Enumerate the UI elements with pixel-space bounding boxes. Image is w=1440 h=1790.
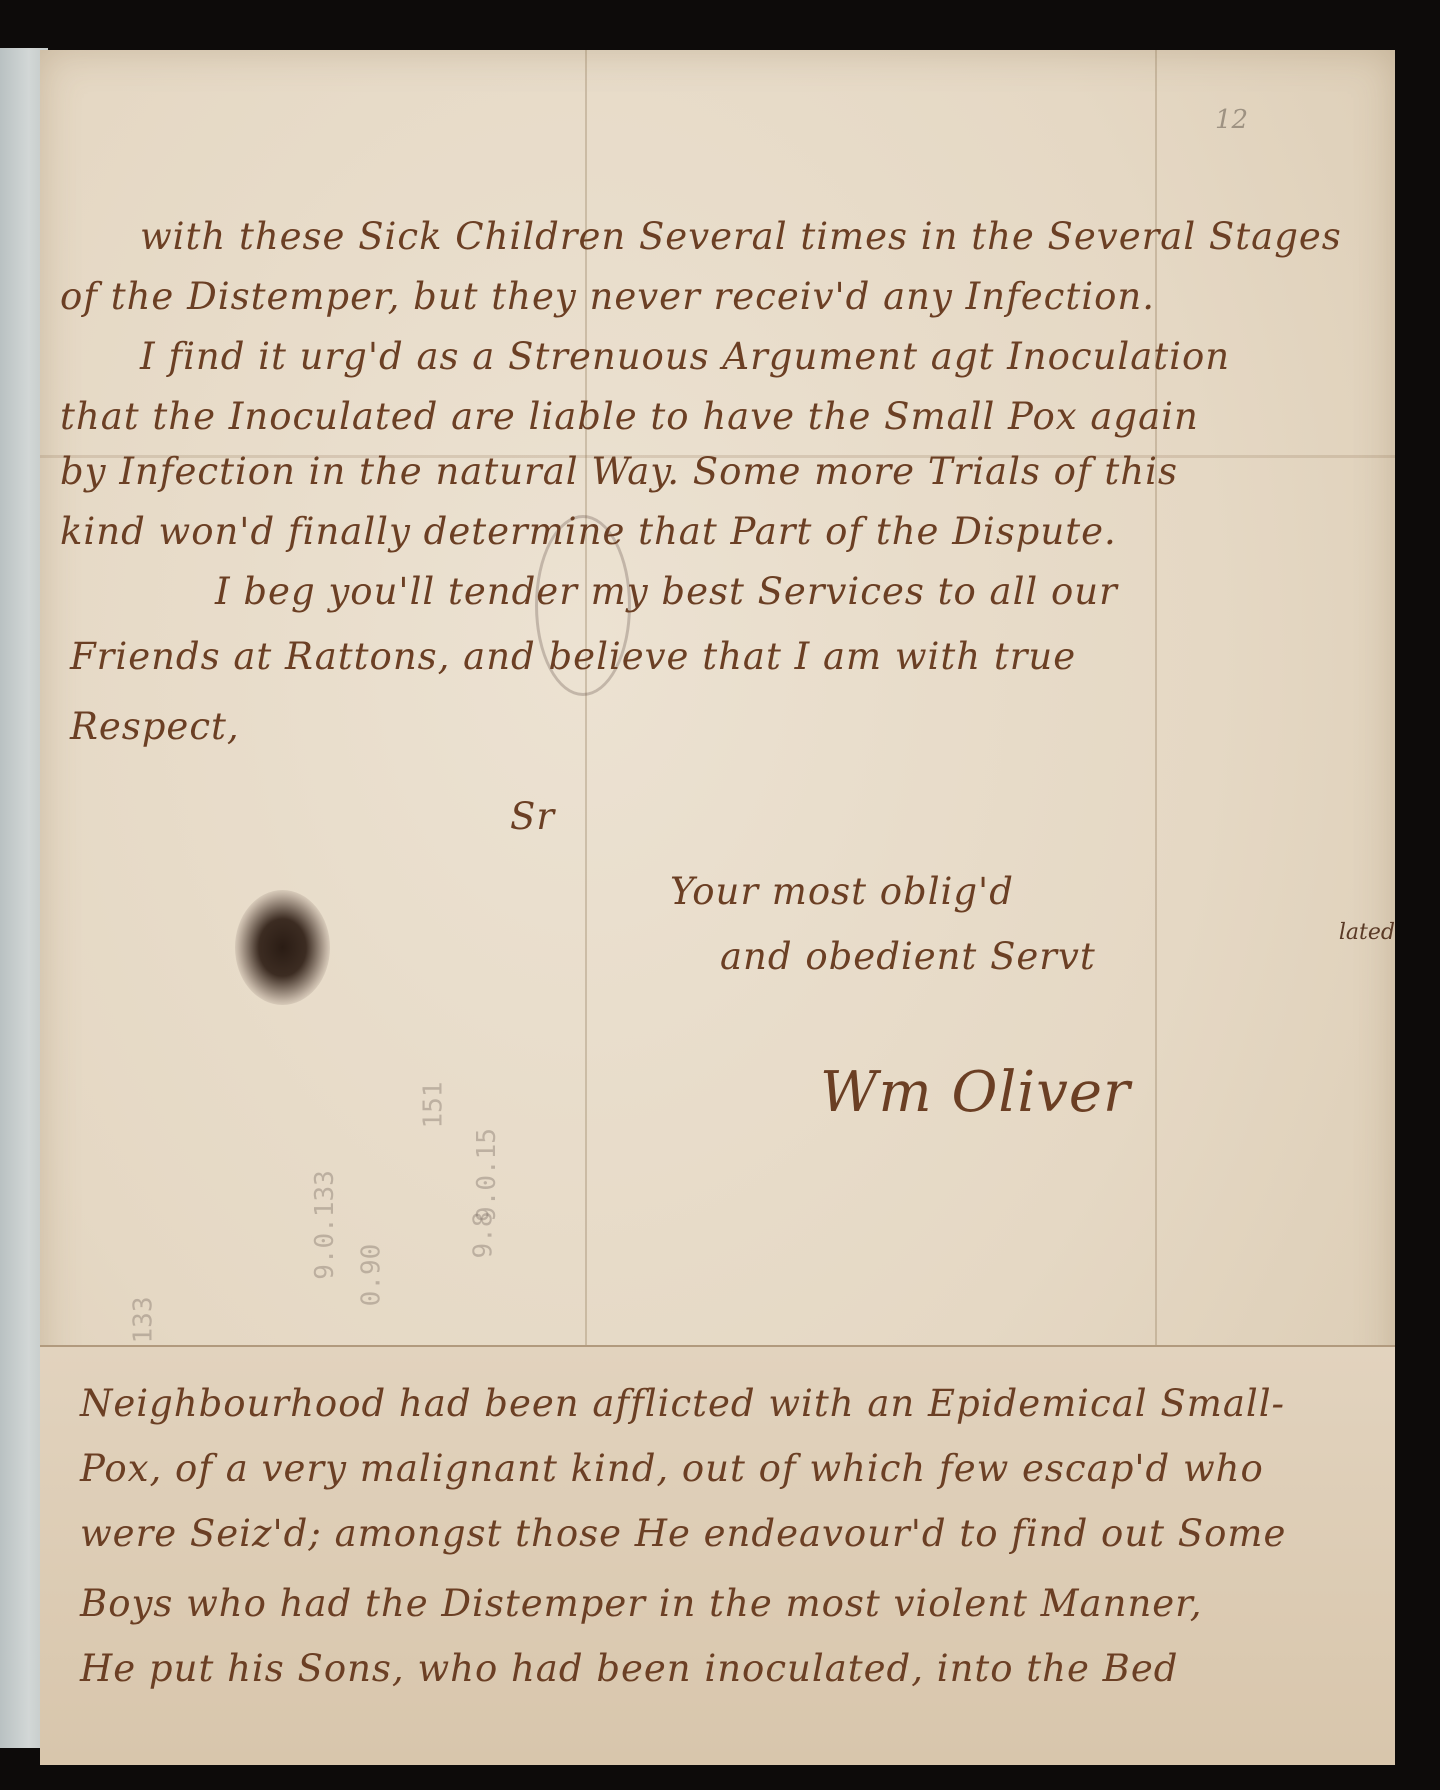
letter-line: He put his Sons, who had been inoculated… [80,1647,1178,1690]
letter-line: that the Inoculated are liable to have t… [60,395,1199,438]
lower-folded-section: Neighbourhood had been afflicted with an… [40,1345,1395,1765]
margin-fragment: lated [1339,920,1395,945]
letter-line: by Infection in the natural Way. Some mo… [60,450,1178,493]
salutation: Sr [510,795,555,838]
faint-note: 9.8 [468,1212,498,1259]
faint-note: 9.0.133 [310,1170,340,1280]
closing-line: Your most oblig'd [670,870,1014,913]
letter-line: were Seiz'd; amongst those He endeavour'… [80,1512,1286,1555]
letter-line: Boys who had the Distemper in the most v… [80,1582,1203,1625]
letter-line: Pox, of a very malignant kind, out of wh… [80,1447,1264,1490]
signature: Wm Oliver [820,1060,1131,1125]
letter-line: with these Sick Children Several times i… [140,215,1342,258]
page-number: 12 [1215,105,1248,135]
faint-note: 9.0.15 [472,1128,502,1222]
faint-note: 151 [418,1082,448,1129]
letter-line: Friends at Rattons, and believe that I a… [70,635,1076,678]
faint-note: 133 [128,1297,158,1344]
faint-note: 0.90 [356,1244,386,1307]
letter-line: I find it urg'd as a Strenuous Argument … [140,335,1230,378]
letter-line: kind won'd finally determine that Part o… [60,510,1117,553]
letter-line: of the Distemper, but they never receiv'… [60,275,1155,318]
closing-line: and obedient Servt [720,935,1096,978]
ink-blot [235,890,330,1005]
letter-line: Respect, [70,705,240,748]
letter-page: 12 with these Sick Children Several time… [40,50,1395,1765]
letter-line: I beg you'll tender my best Services to … [215,570,1118,613]
letter-line: Neighbourhood had been afflicted with an… [80,1382,1285,1425]
